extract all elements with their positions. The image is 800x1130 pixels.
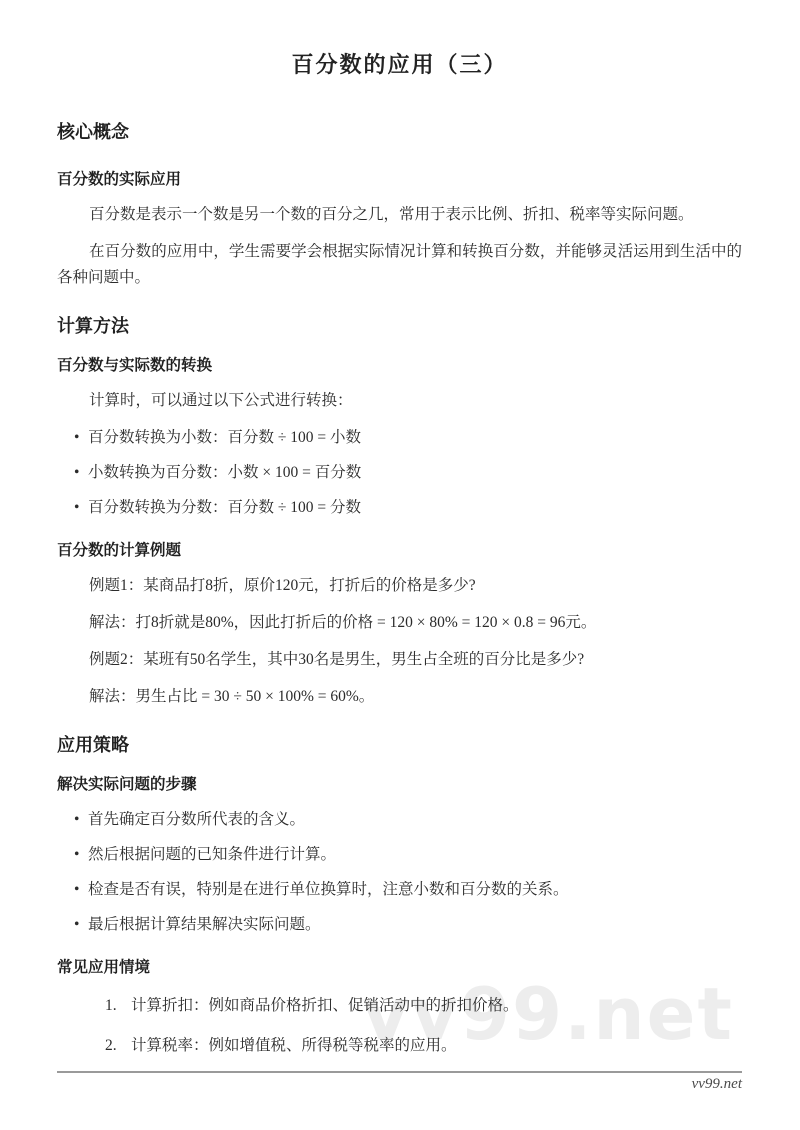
subsection-heading-calculation-examples: 百分数的计算例题 <box>57 540 742 562</box>
bullet-item: 小数转换为百分数：小数 × 100 = 百分数 <box>57 460 742 486</box>
item-number: 1. <box>105 993 123 1019</box>
bullet-item: 百分数转换为小数：百分数 ÷ 100 = 小数 <box>57 425 742 451</box>
document-page: vv99.net 百分数的应用（三） 核心概念 百分数的实际应用 百分数是表示一… <box>0 0 800 1130</box>
section-heading-application-strategies: 应用策略 <box>57 733 742 758</box>
bullet-item: 然后根据问题的已知条件进行计算。 <box>57 842 742 868</box>
section-heading-calculation-methods: 计算方法 <box>57 314 742 339</box>
paragraph-example-1: 例题1：某商品打8折，原价120元，打折后的价格是多少? <box>57 573 742 599</box>
paragraph-solution-2: 解法：男生占比 = 30 ÷ 50 × 100% = 60%。 <box>57 684 742 710</box>
page-title: 百分数的应用（三） <box>57 50 742 80</box>
numbered-item: 1.计算折扣：例如商品价格折扣、促销活动中的折扣价格。 <box>57 993 742 1019</box>
footer-site-text: vv99.net <box>692 1076 742 1093</box>
section-heading-core-concepts: 核心概念 <box>57 120 742 145</box>
item-text: 计算折扣：例如商品价格折扣、促销活动中的折扣价格。 <box>131 997 519 1014</box>
item-text: 计算税率：例如增值税、所得税等税率的应用。 <box>131 1037 457 1054</box>
paragraph: 百分数是表示一个数是另一个数的百分之几，常用于表示比例、折扣、税率等实际问题。 <box>57 202 742 228</box>
bullet-item: 首先确定百分数所代表的含义。 <box>57 807 742 833</box>
bullet-item: 最后根据计算结果解决实际问题。 <box>57 912 742 938</box>
bullet-item: 检查是否有误，特别是在进行单位换算时，注意小数和百分数的关系。 <box>57 877 742 903</box>
numbered-item: 2.计算税率：例如增值税、所得税等税率的应用。 <box>57 1033 742 1059</box>
page-footer: vv99.net <box>57 1071 742 1093</box>
paragraph: 在百分数的应用中，学生需要学会根据实际情况计算和转换百分数，并能够灵活运用到生活… <box>57 239 742 291</box>
bullet-item: 百分数转换为分数：百分数 ÷ 100 = 分数 <box>57 495 742 521</box>
subsection-heading-practical-application: 百分数的实际应用 <box>57 169 742 191</box>
subsection-heading-common-scenarios: 常见应用情境 <box>57 957 742 979</box>
paragraph: 计算时，可以通过以下公式进行转换： <box>57 388 742 414</box>
subsection-heading-problem-solving-steps: 解决实际问题的步骤 <box>57 774 742 796</box>
document-content: 百分数的应用（三） 核心概念 百分数的实际应用 百分数是表示一个数是另一个数的百… <box>0 0 800 1059</box>
paragraph-solution-1: 解法：打8折就是80%，因此打折后的价格 = 120 × 80% = 120 ×… <box>57 610 742 636</box>
subsection-heading-conversion: 百分数与实际数的转换 <box>57 355 742 377</box>
paragraph-example-2: 例题2：某班有50名学生，其中30名是男生，男生占全班的百分比是多少? <box>57 647 742 673</box>
item-number: 2. <box>105 1033 123 1059</box>
